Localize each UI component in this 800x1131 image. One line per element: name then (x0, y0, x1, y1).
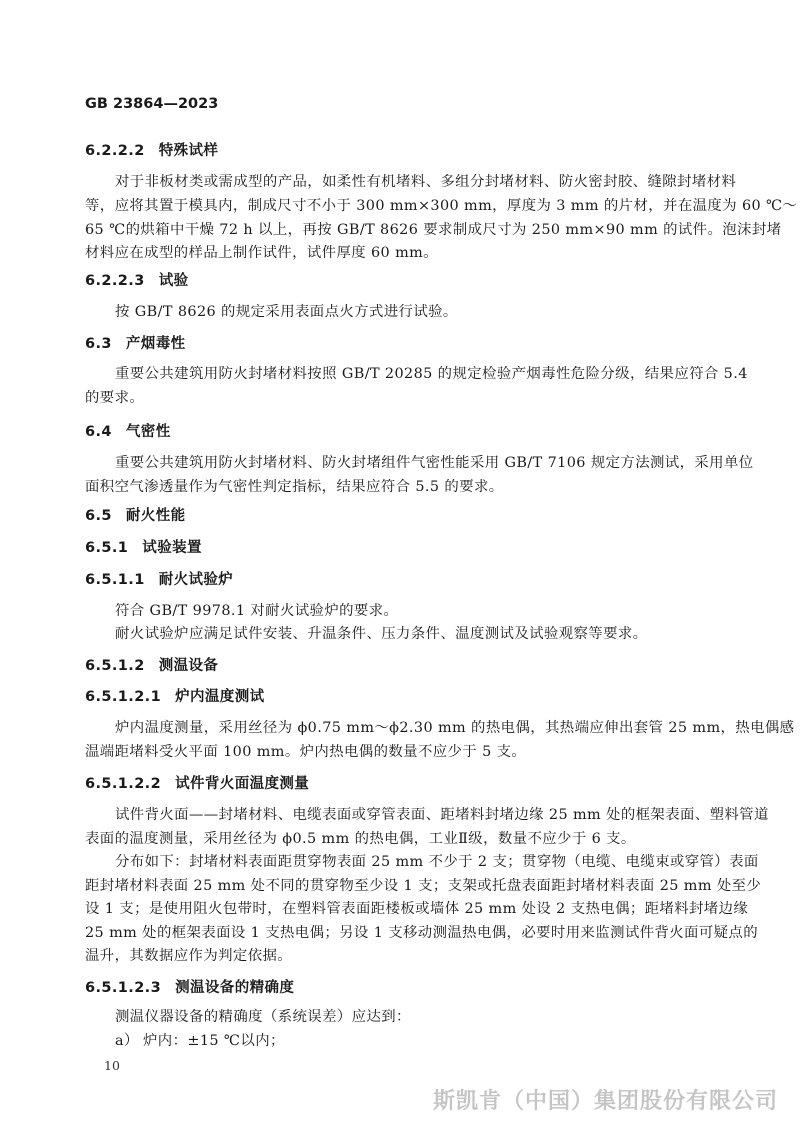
list-marker: a） (115, 1032, 143, 1050)
section-number: 6.5.1.2.1 (85, 688, 161, 706)
paragraph-line: 炉内温度测量，采用丝径为 ϕ0.75 mm～ϕ2.30 mm 的热电偶，其热端应… (115, 719, 740, 737)
paragraph-line: 温升，其数据应作为判定依据。 (85, 947, 710, 965)
section-number: 6.2.2.3 (85, 272, 145, 290)
section-title: 试件背火面温度测量 (175, 776, 309, 792)
section-number: 6.5.1.1 (85, 571, 145, 589)
paragraph-line: 分布如下：封堵材料表面距贯穿物表面 25 mm 不少于 2 支；贯穿物（电缆、电… (115, 853, 740, 871)
list-item: a）炉内：±15 ℃以内； (115, 1032, 740, 1050)
section-heading-6-5-1: 6.5.1试验装置 (85, 539, 710, 557)
paragraph-line: 等，应将其置于模具内，制成尺寸不小于 300 mm×300 mm，厚度为 3 m… (85, 197, 710, 215)
section-title: 特殊试样 (159, 143, 219, 159)
paragraph-line: 65 ℃的烘箱中干燥 72 h 以上，再按 GB/T 8626 要求制成尺寸为 … (85, 221, 710, 239)
paragraph-line: 测温仪器设备的精确度（系统误差）应达到： (115, 1008, 740, 1026)
paragraph-line: 设 1 支；是使用阻火包带时，在塑料管表面距楼板或墙体 25 mm 处设 2 支… (85, 900, 710, 918)
paragraph-line: 温端距堵料受火平面 100 mm。炉内热电偶的数量不应少于 5 支。 (85, 743, 710, 761)
section-title: 耐火性能 (126, 508, 186, 524)
section-title: 测温设备的精确度 (175, 980, 294, 996)
section-title: 试验装置 (142, 540, 202, 556)
section-title: 炉内温度测试 (175, 689, 264, 705)
section-number: 6.5 (85, 507, 112, 525)
section-heading-6-3: 6.3产烟毒性 (85, 335, 710, 353)
section-number: 6.5.1.2.2 (85, 775, 161, 793)
paragraph-line: 材料应在成型的样品上制作试件，试件厚度 60 mm。 (85, 244, 710, 262)
section-heading-6-5-1-2-2: 6.5.1.2.2试件背火面温度测量 (85, 775, 710, 793)
section-title: 测温设备 (159, 658, 219, 674)
paragraph-line: 重要公共建筑用防火封堵材料、防火封堵组件气密性能采用 GB/T 7106 规定方… (115, 454, 740, 472)
section-heading-6-5-1-2: 6.5.1.2测温设备 (85, 657, 710, 675)
document-id: GB 23864—2023 (85, 96, 218, 112)
paragraph-line: 按 GB/T 8626 的规定采用表面点火方式进行试验。 (115, 303, 740, 321)
document-page: GB 23864—2023 6.2.2.2特殊试样 对于非板材类或需成型的产品，… (0, 0, 800, 1131)
paragraph-line: 符合 GB/T 9978.1 对耐火试验炉的要求。 (115, 602, 740, 620)
section-heading-6-5-1-1: 6.5.1.1耐火试验炉 (85, 571, 710, 589)
page-number: 10 (104, 1058, 120, 1073)
section-title: 试验 (159, 273, 189, 289)
section-heading-6-2-2-2: 6.2.2.2特殊试样 (85, 142, 710, 160)
paragraph-line: 25 mm 处的框架表面设 1 支热电偶；另设 1 支移动测温热电偶，必要时用来… (85, 924, 710, 942)
section-heading-6-4: 6.4气密性 (85, 423, 710, 441)
watermark: 斯凯肯（中国）集团股份有限公司 (433, 1084, 778, 1115)
paragraph-line: 重要公共建筑用防火封堵材料按照 GB/T 20285 的规定检验产烟毒性危险分级… (115, 365, 740, 383)
section-title: 耐火试验炉 (159, 572, 234, 588)
section-heading-6-5: 6.5耐火性能 (85, 507, 710, 525)
paragraph-line: 试件背火面——封堵材料、电缆表面或穿管表面、距堵料封堵边缘 25 mm 处的框架… (115, 806, 740, 824)
section-number: 6.5.1.2.3 (85, 979, 161, 997)
section-heading-6-2-2-3: 6.2.2.3试验 (85, 272, 710, 290)
paragraph-line: 表面的温度测量，采用丝径为 ϕ0.5 mm 的热电偶，工业Ⅱ级，数量不应少于 6… (85, 830, 710, 848)
section-number: 6.3 (85, 335, 112, 353)
paragraph-line: 面积空气渗透量作为气密性判定指标，结果应符合 5.5 的要求。 (85, 478, 710, 496)
section-heading-6-5-1-2-3: 6.5.1.2.3测温设备的精确度 (85, 979, 710, 997)
section-number: 6.2.2.2 (85, 142, 145, 160)
section-number: 6.5.1.2 (85, 657, 145, 675)
paragraph-line: 距封堵材料表面 25 mm 处不同的贯穿物至少设 1 支；支架或托盘表面距封堵材… (85, 877, 710, 895)
section-heading-6-5-1-2-1: 6.5.1.2.1炉内温度测试 (85, 688, 710, 706)
paragraph-line: 对于非板材类或需成型的产品，如柔性有机堵料、多组分封堵材料、防火密封胶、缝隙封堵… (115, 173, 740, 191)
paragraph-line: 耐火试验炉应满足试件安装、升温条件、压力条件、温度测试及试验观察等要求。 (115, 625, 740, 643)
list-item-text: 炉内：±15 ℃以内； (143, 1033, 285, 1049)
paragraph-line: 的要求。 (85, 389, 710, 407)
section-title: 气密性 (126, 424, 171, 440)
section-number: 6.5.1 (85, 539, 128, 557)
section-title: 产烟毒性 (126, 336, 186, 352)
section-number: 6.4 (85, 423, 112, 441)
